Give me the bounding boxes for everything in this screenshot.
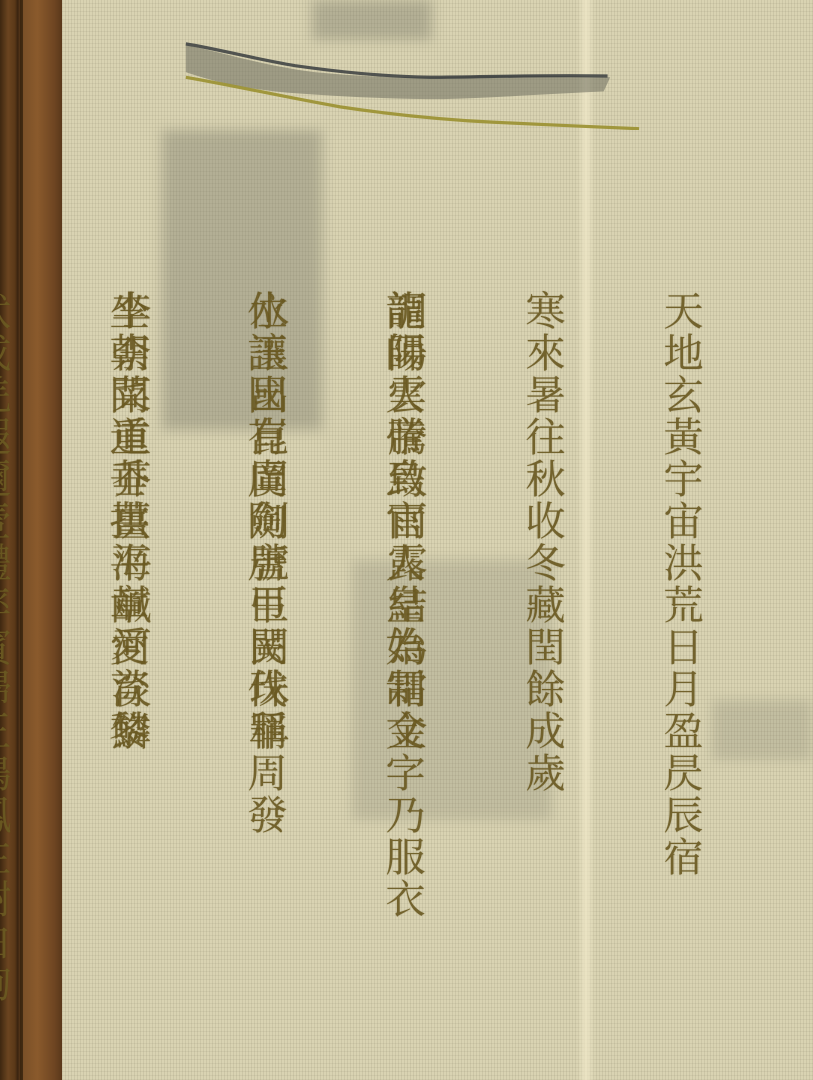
calligraphy-column: 伏戎羌遐邇壹體率賓歸王鳴鳳在樹白駒 — [0, 290, 11, 1080]
calligraphy-column: 寒來暑往秋收冬藏閏餘成歲 — [519, 290, 565, 1080]
calligraphy-column: 天地玄黃宇宙洪荒日月盈昃辰宿 — [657, 290, 703, 1080]
landscape-strokes — [68, 40, 728, 130]
calligraphy-column: 龍師火帝鳥官人皇始制文字乃服衣 — [379, 290, 425, 1080]
ink-wash — [312, 0, 432, 40]
calligraphy-column: 坐朝問道垂拱平章愛育黎 — [103, 290, 149, 1080]
calligraphy-right-panel: 天地玄黃宇宙洪荒日月盈昃辰宿 寒來暑往秋收冬藏閏餘成歲 調陽雲騰致雨露結為霜金 … — [525, 290, 795, 1080]
calligraphy-left-panel: 龍師火帝鳥官人皇始制文字乃服衣 位讓國有虞陶唐弔民伐罪周發 坐朝問道垂拱平章愛育… — [62, 290, 517, 1080]
calligraphy-column: 位讓國有虞陶唐弔民伐罪周發 — [241, 290, 287, 1080]
